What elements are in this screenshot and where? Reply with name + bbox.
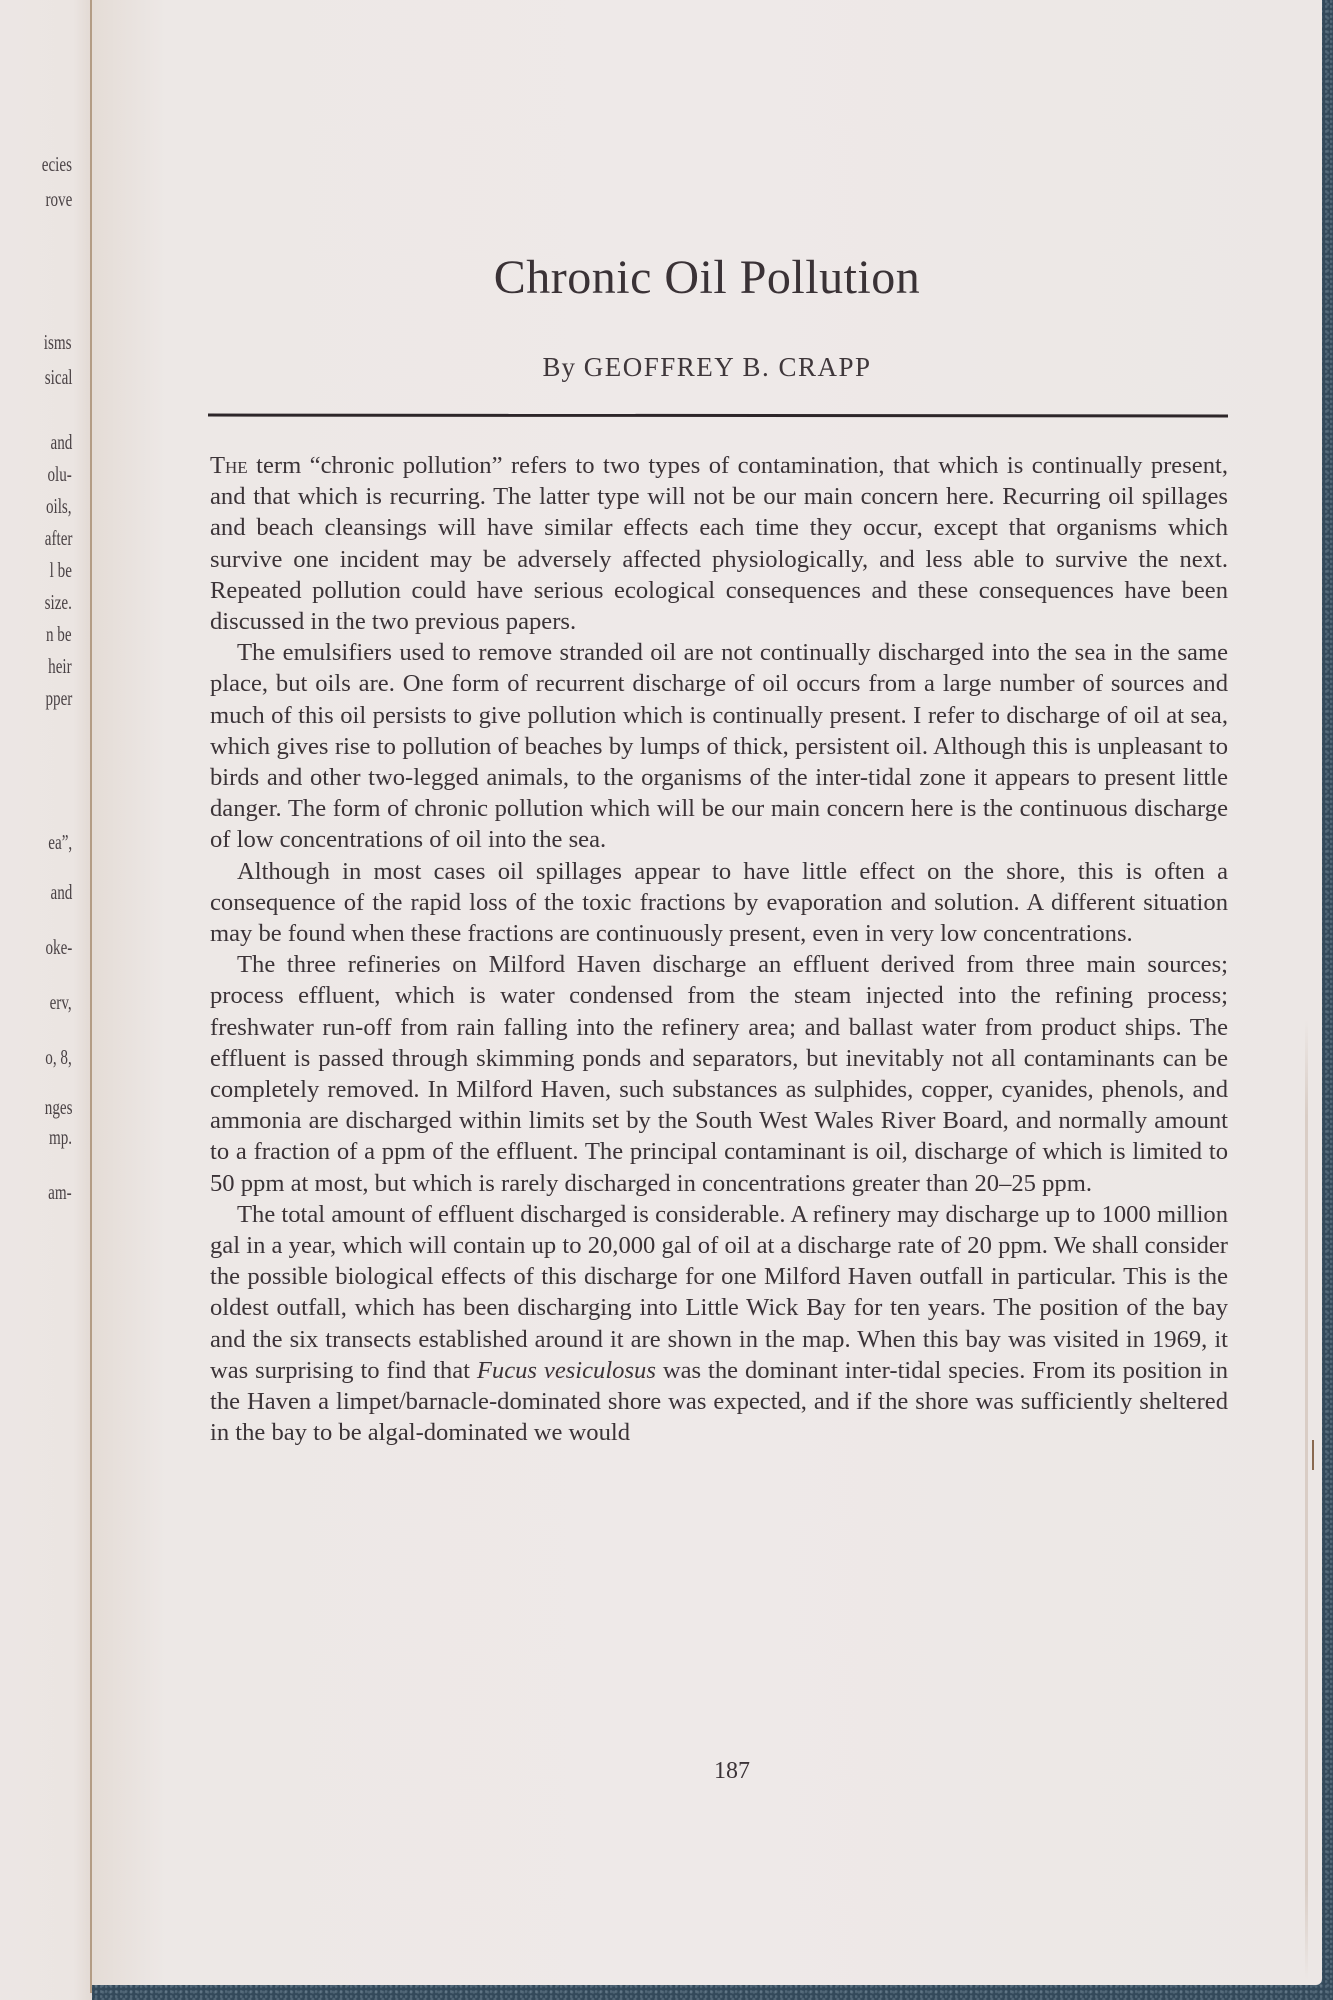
left-page-text-fragment: size. bbox=[45, 590, 72, 615]
page-number: 187 bbox=[117, 1758, 1333, 1785]
byline: By GEOFFREY B. CRAPP bbox=[92, 352, 1322, 383]
paragraph-3: Although in most cases oil spillages app… bbox=[210, 856, 1228, 950]
paragraph-4: The three refineries on Milford Haven di… bbox=[210, 949, 1228, 1199]
left-page-text-fragment: ecies bbox=[42, 152, 72, 177]
byline-prefix: By bbox=[542, 352, 576, 382]
left-page-text-fragment: mp. bbox=[49, 1125, 72, 1150]
left-page: eciesroveismssicalandolu-oils,afterl bes… bbox=[0, 0, 92, 2000]
left-page-text-fragment: o, 8, bbox=[46, 1045, 72, 1070]
right-page: Chronic Oil Pollution By GEOFFREY B. CRA… bbox=[92, 0, 1322, 1985]
author-name: GEOFFREY B. CRAPP bbox=[584, 352, 872, 382]
left-page-text-fragment: ea”, bbox=[48, 830, 72, 855]
left-page-text-fragment: sical bbox=[44, 365, 72, 390]
page-edge-mark bbox=[1312, 1440, 1314, 1470]
paragraph-5: The total amount of effluent discharged … bbox=[210, 1199, 1228, 1449]
species-name: Fucus vesiculosus bbox=[477, 1357, 656, 1384]
title-rule bbox=[208, 414, 1228, 418]
left-page-text-fragment: n be bbox=[46, 622, 72, 647]
left-page-text-fragment: am- bbox=[48, 1180, 72, 1205]
left-page-text-fragment: after bbox=[44, 526, 72, 551]
left-page-text-fragment: nges bbox=[44, 1095, 72, 1120]
left-page-text-fragment: oke- bbox=[45, 935, 72, 960]
left-page-text-fragment: oils, bbox=[46, 494, 72, 519]
paragraph-text: term “chronic pollution” refers to two t… bbox=[210, 452, 1228, 635]
article-title: Chronic Oil Pollution bbox=[92, 250, 1322, 305]
left-page-text-fragment: olu- bbox=[48, 462, 72, 487]
left-page-text-fragment: pper bbox=[45, 686, 72, 711]
left-page-text-fragment: and bbox=[50, 430, 72, 455]
article-body: The term “chronic pollution” refers to t… bbox=[210, 450, 1228, 1449]
page-edge-shadow bbox=[1305, 1020, 1308, 1980]
left-page-text-fragment: heir bbox=[48, 654, 72, 679]
left-page-text-fragment: rove bbox=[45, 187, 72, 212]
lead-smallcaps: The bbox=[210, 452, 248, 479]
left-page-text-fragment: l be bbox=[50, 558, 72, 583]
paragraph-1: The term “chronic pollution” refers to t… bbox=[210, 450, 1228, 637]
paragraph-2: The emulsifiers used to remove stranded … bbox=[210, 637, 1228, 855]
left-page-text-fragment: and bbox=[50, 880, 72, 905]
left-page-text-fragment: isms bbox=[44, 330, 72, 355]
left-page-text-fragment: erv, bbox=[50, 990, 72, 1015]
